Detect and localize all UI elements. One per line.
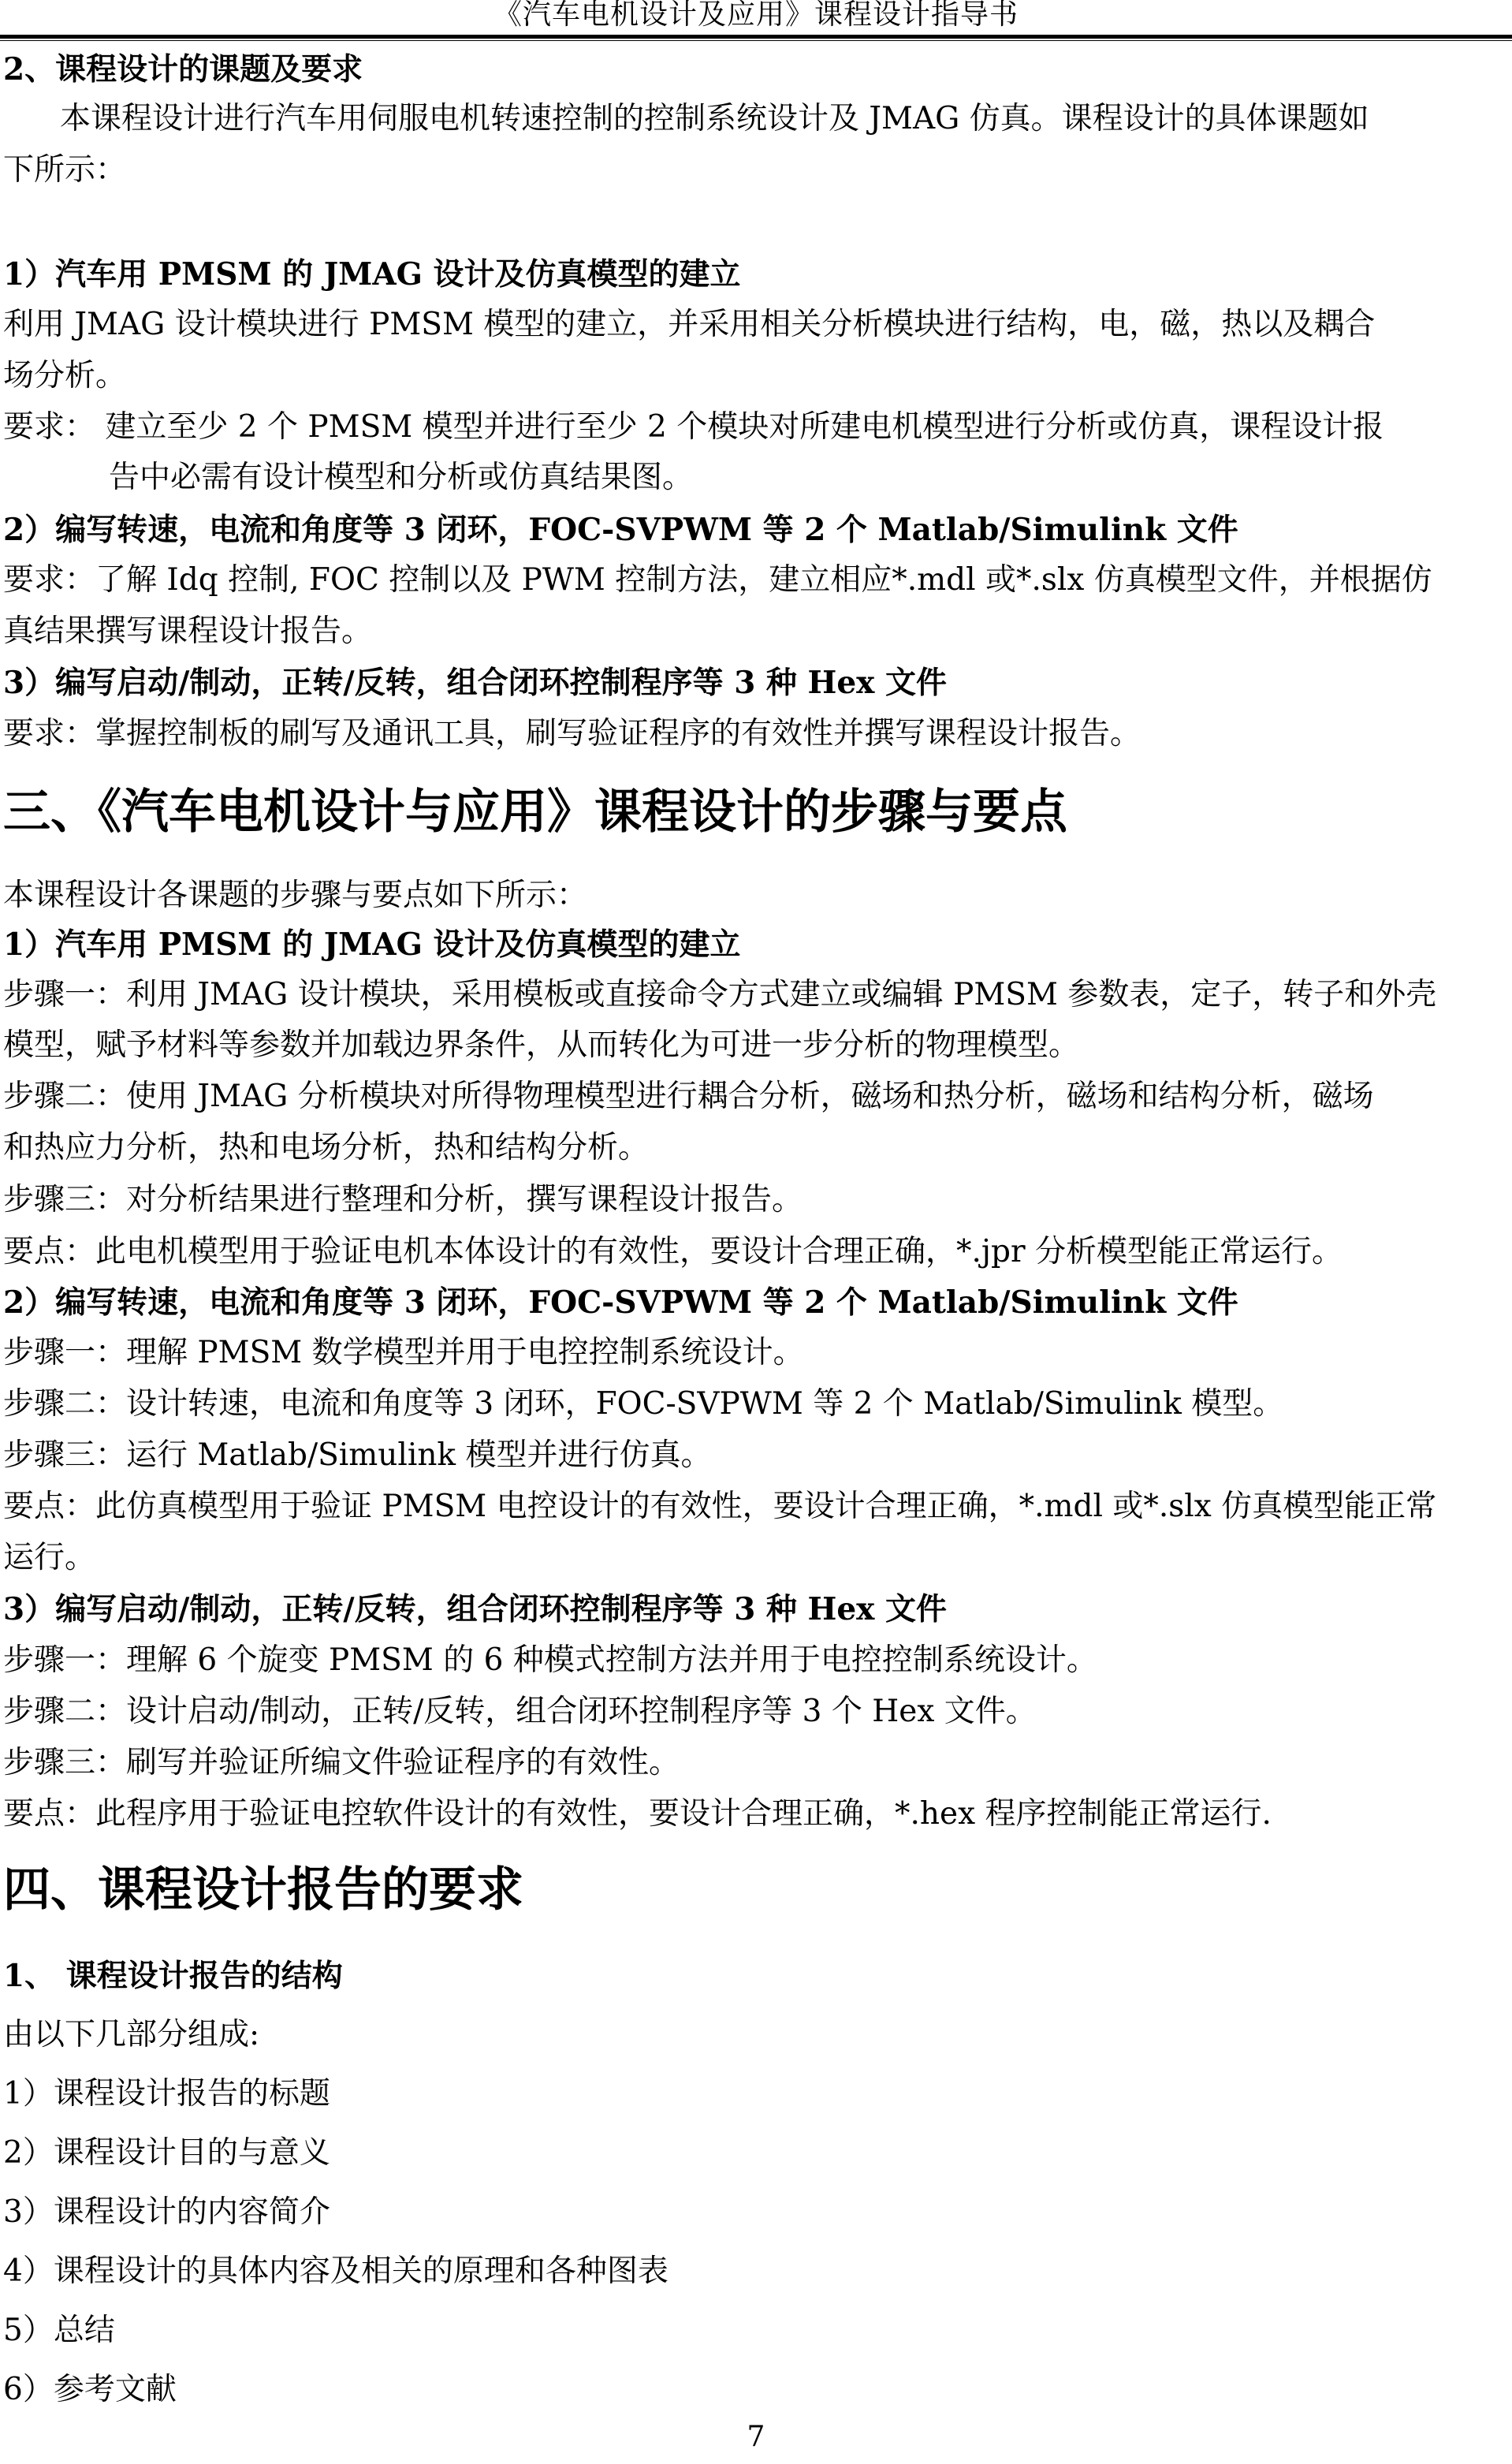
- topic2-title: 2）编写转速，电流和角度等 3 闭环，FOC-SVPWM 等 2 个 Matla…: [3, 509, 1238, 550]
- list-item: 1）课程设计报告的标题: [3, 2074, 330, 2115]
- list-item: 3）课程设计的内容简介: [3, 2192, 330, 2233]
- s3-topic3-key: 要点：此程序用于验证电控软件设计的有效性，要设计合理正确，*.hex 程序控制能…: [3, 1794, 1272, 1835]
- s3-topic2-step2: 步骤二：设计转速，电流和角度等 3 闭环，FOC-SVPWM 等 2 个 Mat…: [3, 1384, 1283, 1425]
- header-rule: [0, 35, 1512, 39]
- list-item: 2）课程设计目的与意义: [3, 2133, 330, 2174]
- s3-topic3-step3: 步骤三：刷写并验证所编文件验证程序的有效性。: [3, 1743, 680, 1784]
- section2-intro: 本课程设计进行汽车用伺服电机转速控制的控制系统设计及 JMAG 仿真。课程设计的…: [3, 99, 1369, 140]
- s3-topic1-step3: 步骤三：对分析结果进行整理和分析，撰写课程设计报告。: [3, 1180, 803, 1221]
- section2-heading: 2、课程设计的课题及要求: [3, 49, 363, 90]
- topic2-requirement: 要求：了解 Idq 控制, FOC 控制以及 PWM 控制方法，建立相应*.md…: [3, 560, 1432, 601]
- page-number: 7: [0, 2421, 1512, 2453]
- topic1-title: 1）汽车用 PMSM 的 JMAG 设计及仿真模型的建立: [3, 254, 740, 295]
- section3-intro: 本课程设计各课题的步骤与要点如下所示：: [3, 875, 587, 916]
- header-rule-thin: [0, 40, 1512, 41]
- s3-topic2-key-cont: 运行。: [3, 1538, 95, 1579]
- s3-topic3-title: 3）编写启动/制动，正转/反转，组合闭环控制程序等 3 种 Hex 文件: [3, 1589, 947, 1630]
- s3-topic2-key: 要点：此仿真模型用于验证 PMSM 电控设计的有效性，要设计合理正确，*.mdl…: [3, 1486, 1436, 1527]
- topic3-requirement: 要求：掌握控制板的刷写及通讯工具，刷写验证程序的有效性并撰写课程设计报告。: [3, 714, 1141, 755]
- topic1-requirement-cont: 告中必需有设计模型和分析或仿真结果图。: [109, 457, 693, 498]
- topic1-requirement: 要求： 建立至少 2 个 PMSM 模型并进行至少 2 个模块对所建电机模型进行…: [3, 407, 1384, 448]
- s4-sub1-title: 1、 课程设计报告的结构: [3, 1955, 343, 1996]
- s3-topic1-step1: 步骤一：利用 JMAG 设计模块，采用模板或直接命令方式建立或编辑 PMSM 参…: [3, 975, 1436, 1016]
- s3-topic1-step2-cont: 和热应力分析，热和电场分析，热和结构分析。: [3, 1128, 649, 1169]
- section3-heading: 三、《汽车电机设计与应用》课程设计的步骤与要点: [3, 785, 1067, 840]
- page-header-title: 《汽车电机设计及应用》课程设计指导书: [0, 0, 1512, 30]
- s3-topic1-step1-cont: 模型，赋予材料等参数并加载边界条件，从而转化为可进一步分析的物理模型。: [3, 1025, 1079, 1066]
- topic2-requirement-cont: 真结果撰写课程设计报告。: [3, 611, 372, 652]
- list-item: 6）参考文献: [3, 2369, 177, 2410]
- s3-topic3-step1: 步骤一：理解 6 个旋变 PMSM 的 6 种模式控制方法并用于电控控制系统设计…: [3, 1640, 1097, 1681]
- s3-topic1-title: 1）汽车用 PMSM 的 JMAG 设计及仿真模型的建立: [3, 924, 740, 965]
- list-item: 5）总结: [3, 2310, 115, 2351]
- s4-sub1-intro: 由以下几部分组成:: [3, 2015, 259, 2056]
- section4-heading: 四、课程设计报告的要求: [3, 1862, 523, 1918]
- topic1-desc-cont: 场分析。: [3, 356, 126, 397]
- topic3-title: 3）编写启动/制动，正转/反转，组合闭环控制程序等 3 种 Hex 文件: [3, 662, 947, 703]
- s3-topic1-key: 要点：此电机模型用于验证电机本体设计的有效性，要设计合理正确，*.jpr 分析模…: [3, 1232, 1343, 1273]
- s3-topic1-step2: 步骤二：使用 JMAG 分析模块对所得物理模型进行耦合分析，磁场和热分析，磁场和…: [3, 1076, 1374, 1117]
- s3-topic3-step2: 步骤二：设计启动/制动，正转/反转，组合闭环控制程序等 3 个 Hex 文件。: [3, 1691, 1037, 1732]
- topic1-desc: 利用 JMAG 设计模块进行 PMSM 模型的建立，并采用相关分析模块进行结构，…: [3, 304, 1375, 345]
- section2-intro-cont: 下所示：: [3, 150, 126, 191]
- s3-topic2-step3: 步骤三：运行 Matlab/Simulink 模型并进行仿真。: [3, 1435, 711, 1476]
- list-item: 4）课程设计的具体内容及相关的原理和各种图表: [3, 2251, 668, 2292]
- s3-topic2-title: 2）编写转速，电流和角度等 3 闭环，FOC-SVPWM 等 2 个 Matla…: [3, 1282, 1238, 1323]
- s3-topic2-step1: 步骤一：理解 PMSM 数学模型并用于电控控制系统设计。: [3, 1333, 804, 1374]
